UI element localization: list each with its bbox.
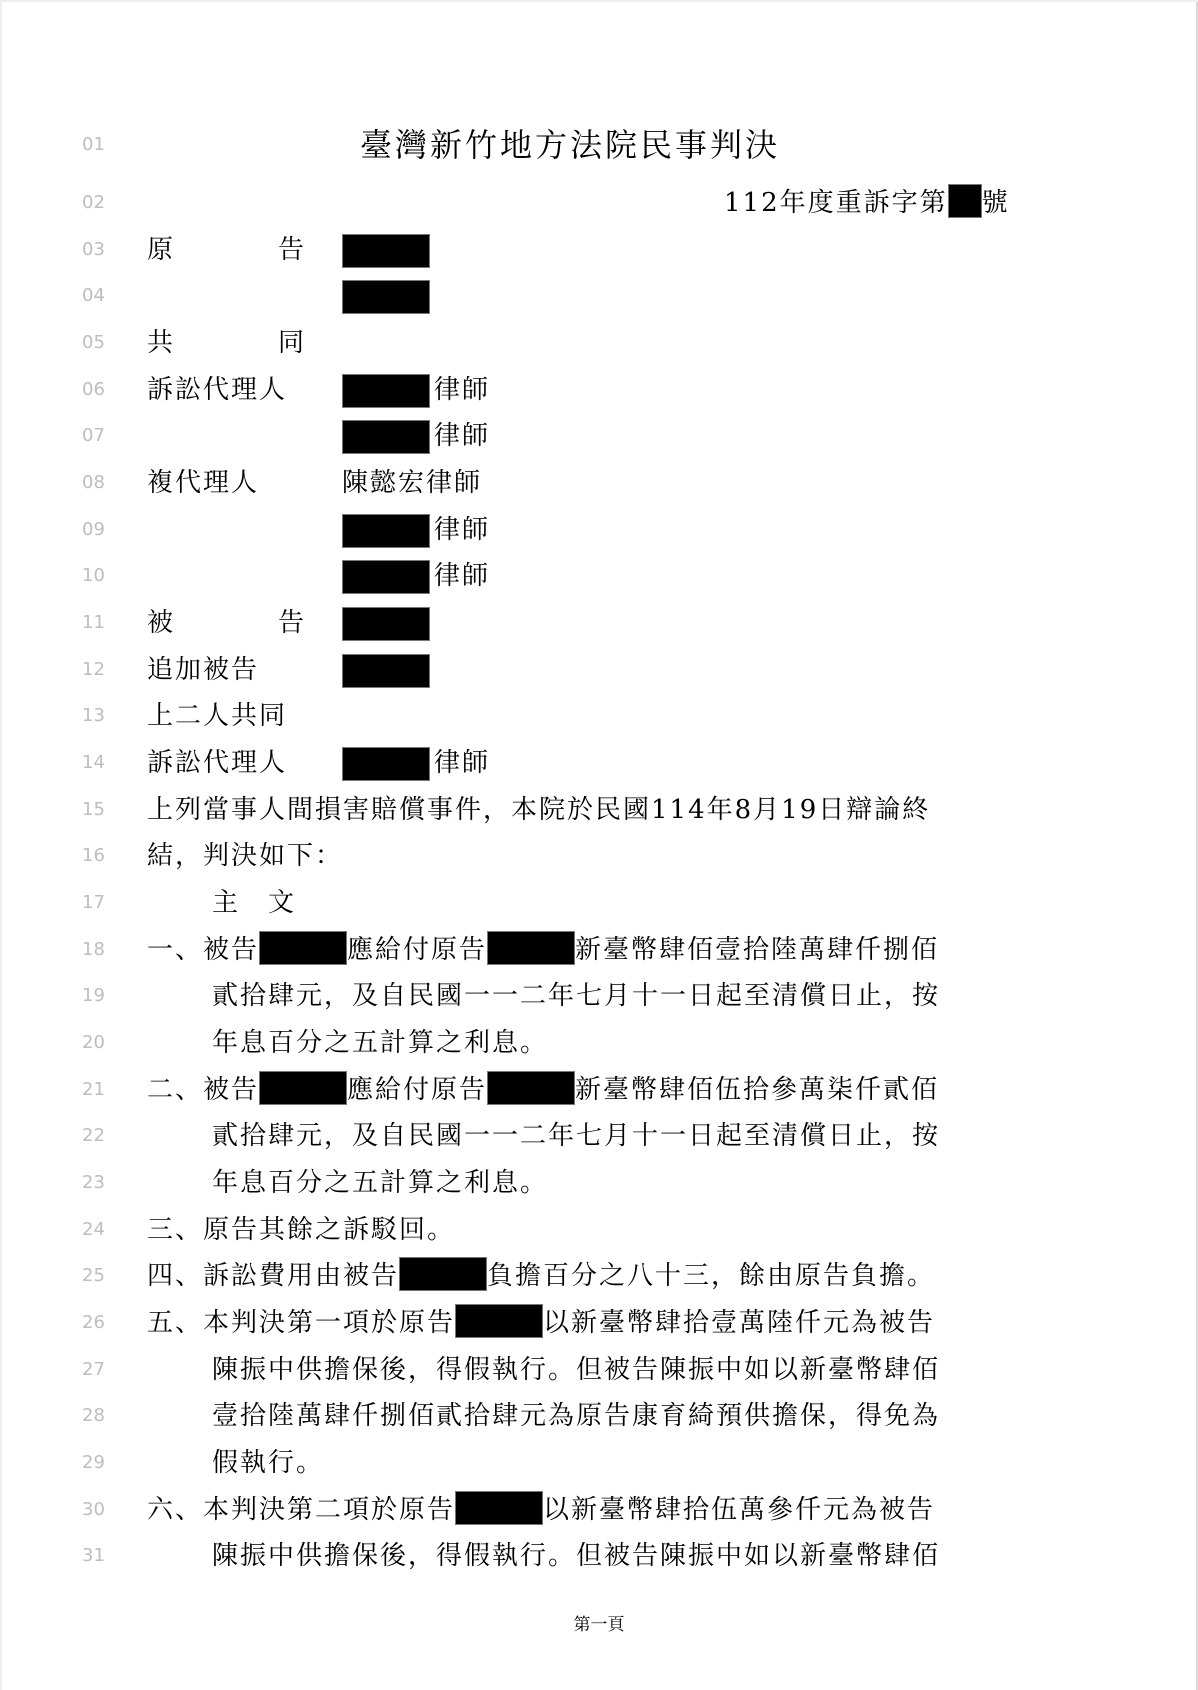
line-13: 13 上二人共同 [2,693,1196,739]
item-text: 應給付原告 [347,935,487,965]
ruling-item-5-cont: 陳振中供擔保後，得假執行。但被告陳振中如以新臺幣肆佰 [212,1347,940,1393]
redaction-box [455,1491,543,1525]
party-label-plaintiff-a: 原 [147,227,175,273]
line-11: 11 被 告 [2,600,1196,646]
redaction-box [342,420,430,454]
item-text: 二、被告 [147,1075,259,1105]
line-number: 11 [82,600,112,646]
line-number: 08 [82,460,112,506]
ruling-item-6: 六、本判決第二項於原告以新臺幣肆拾伍萬參仟元為被告 [147,1487,935,1533]
item-text: 新臺幣肆佰壹拾陸萬肆仟捌佰 [575,935,939,965]
item-text: 以新臺幣肆拾伍萬參仟元為被告 [543,1495,935,1525]
redaction-box [342,280,430,314]
redaction-box [342,560,430,594]
lawyer-suffix: 律師 [434,740,490,786]
line-number: 26 [82,1300,112,1346]
ruling-item-2-cont: 年息百分之五計算之利息。 [212,1160,548,1206]
item-text: 六、本判決第二項於原告 [147,1495,455,1525]
ruling-item-2-cont: 貳拾肆元，及自民國一一二年七月十一日起至清償日止，按 [212,1113,940,1159]
line-number: 13 [82,693,112,739]
line-29: 29 假執行。 [2,1440,1196,1486]
line-number: 19 [82,973,112,1019]
redaction-box [259,1071,347,1105]
line-31: 31 陳振中供擔保後，得假執行。但被告陳振中如以新臺幣肆佰 [2,1533,1196,1579]
line-22: 22 貳拾肆元，及自民國一一二年七月十一日起至清償日止，按 [2,1113,1196,1159]
line-08: 08 複代理人 陳懿宏律師 [2,460,1196,506]
line-number: 31 [82,1533,112,1579]
ruling-item-5-cont: 假執行。 [212,1440,324,1486]
case-number: 112年度重訴字第號 [724,180,1010,226]
line-01: 01 臺灣新竹地方法院民事判決 [2,122,1196,168]
redaction-box [399,1257,487,1291]
line-27: 27 陳振中供擔保後，得假執行。但被告陳振中如以新臺幣肆佰 [2,1347,1196,1393]
redaction-box [342,654,430,688]
party-label-agent-2: 訴訟代理人 [147,740,287,786]
line-number: 04 [82,273,112,319]
line-number: 09 [82,507,112,553]
party-label-defendant-a: 被 [147,600,175,646]
line-07: 07 律師 [2,413,1196,459]
sub-agent-name: 陳懿宏律師 [342,460,482,506]
line-number: 12 [82,647,112,693]
ruling-item-3: 三、原告其餘之訴駁回。 [147,1207,455,1253]
line-19: 19 貳拾肆元，及自民國一一二年七月十一日起至清償日止，按 [2,973,1196,1019]
lawyer-suffix: 律師 [434,413,490,459]
ruling-item-1: 一、被告應給付原告新臺幣肆佰壹拾陸萬肆仟捌佰 [147,927,939,973]
main-heading: 主 文 [212,880,296,926]
line-number: 05 [82,320,112,366]
line-18: 18 一、被告應給付原告新臺幣肆佰壹拾陸萬肆仟捌佰 [2,927,1196,973]
lawyer-suffix: 律師 [434,507,490,553]
line-number: 29 [82,1440,112,1486]
line-number: 14 [82,740,112,786]
redaction-box [487,1071,575,1105]
line-10: 10 律師 [2,553,1196,599]
item-text: 四、訴訟費用由被告 [147,1261,399,1291]
redaction-box [342,234,430,268]
document-title: 臺灣新竹地方法院民事判決 [360,122,780,168]
redaction-box [342,374,430,408]
line-number: 24 [82,1207,112,1253]
intro-paragraph-line: 結，判決如下： [147,833,343,879]
line-number: 17 [82,880,112,926]
ruling-item-2: 二、被告應給付原告新臺幣肆佰伍拾參萬柒仟貳佰 [147,1067,939,1113]
lawyer-suffix: 律師 [434,553,490,599]
line-23: 23 年息百分之五計算之利息。 [2,1160,1196,1206]
line-number: 21 [82,1067,112,1113]
line-20: 20 年息百分之五計算之利息。 [2,1020,1196,1066]
line-number: 03 [82,227,112,273]
line-number: 30 [82,1487,112,1533]
line-05: 05 共 同 [2,320,1196,366]
line-16: 16 結，判決如下： [2,833,1196,879]
item-text: 以新臺幣肆拾壹萬陸仟元為被告 [543,1308,935,1338]
case-number-prefix: 112年度重訴字第 [724,188,948,218]
line-25: 25 四、訴訟費用由被告負擔百分之八十三，餘由原告負擔。 [2,1253,1196,1299]
item-text: 五、本判決第一項於原告 [147,1308,455,1338]
party-label-added-defendant: 追加被告 [147,647,259,693]
line-number: 20 [82,1020,112,1066]
line-30: 30 六、本判決第二項於原告以新臺幣肆拾伍萬參仟元為被告 [2,1487,1196,1533]
document-page: 01 臺灣新竹地方法院民事判決 02 112年度重訴字第號 03 原 告 04 … [2,2,1198,1690]
party-label-both-joint: 上二人共同 [147,693,287,739]
line-number: 28 [82,1393,112,1439]
line-number: 27 [82,1347,112,1393]
line-02: 02 112年度重訴字第號 [2,180,1196,226]
line-03: 03 原 告 [2,227,1196,273]
intro-paragraph-line: 上列當事人間損害賠償事件，本院於民國114年8月19日辯論終 [147,787,930,833]
redaction-box [342,607,430,641]
line-28: 28 壹拾陸萬肆仟捌佰貳拾肆元為原告康育綺預供擔保，得免為 [2,1393,1196,1439]
redaction-box [948,184,982,218]
line-number: 10 [82,553,112,599]
party-label-agent: 訴訟代理人 [147,367,287,413]
line-number: 16 [82,833,112,879]
line-15: 15 上列當事人間損害賠償事件，本院於民國114年8月19日辯論終 [2,787,1196,833]
ruling-item-6-cont: 陳振中供擔保後，得假執行。但被告陳振中如以新臺幣肆佰 [212,1533,940,1579]
ruling-item-5: 五、本判決第一項於原告以新臺幣肆拾壹萬陸仟元為被告 [147,1300,935,1346]
ruling-item-1-cont: 年息百分之五計算之利息。 [212,1020,548,1066]
page-footer: 第一頁 [2,1610,1196,1635]
line-number: 22 [82,1113,112,1159]
party-label-joint-a: 共 [147,320,175,366]
lawyer-suffix: 律師 [434,367,490,413]
party-label-defendant-b: 告 [278,600,306,646]
line-26: 26 五、本判決第一項於原告以新臺幣肆拾壹萬陸仟元為被告 [2,1300,1196,1346]
redaction-box [487,931,575,965]
line-04: 04 [2,273,1196,319]
ruling-item-5-cont: 壹拾陸萬肆仟捌佰貳拾肆元為原告康育綺預供擔保，得免為 [212,1393,940,1439]
line-number: 07 [82,413,112,459]
redaction-box [342,514,430,548]
line-06: 06 訴訟代理人 律師 [2,367,1196,413]
item-text: 新臺幣肆佰伍拾參萬柒仟貳佰 [575,1075,939,1105]
line-14: 14 訴訟代理人 律師 [2,740,1196,786]
redaction-box [259,931,347,965]
line-12: 12 追加被告 [2,647,1196,693]
line-number: 23 [82,1160,112,1206]
line-number: 15 [82,787,112,833]
ruling-item-4: 四、訴訟費用由被告負擔百分之八十三，餘由原告負擔。 [147,1253,935,1299]
party-label-joint-b: 同 [278,320,306,366]
line-09: 09 律師 [2,507,1196,553]
item-text: 負擔百分之八十三，餘由原告負擔。 [487,1261,935,1291]
line-number: 25 [82,1253,112,1299]
case-number-suffix: 號 [982,188,1010,218]
line-21: 21 二、被告應給付原告新臺幣肆佰伍拾參萬柒仟貳佰 [2,1067,1196,1113]
line-17: 17 主 文 [2,880,1196,926]
line-number: 01 [82,122,112,168]
redaction-box [342,747,430,781]
line-number: 18 [82,927,112,973]
ruling-item-1-cont: 貳拾肆元，及自民國一一二年七月十一日起至清償日止，按 [212,973,940,1019]
line-number: 02 [82,180,112,226]
item-text: 應給付原告 [347,1075,487,1105]
party-label-sub-agent: 複代理人 [147,460,259,506]
redaction-box [455,1304,543,1338]
item-text: 一、被告 [147,935,259,965]
line-24: 24 三、原告其餘之訴駁回。 [2,1207,1196,1253]
party-label-plaintiff-b: 告 [278,227,306,273]
line-number: 06 [82,367,112,413]
